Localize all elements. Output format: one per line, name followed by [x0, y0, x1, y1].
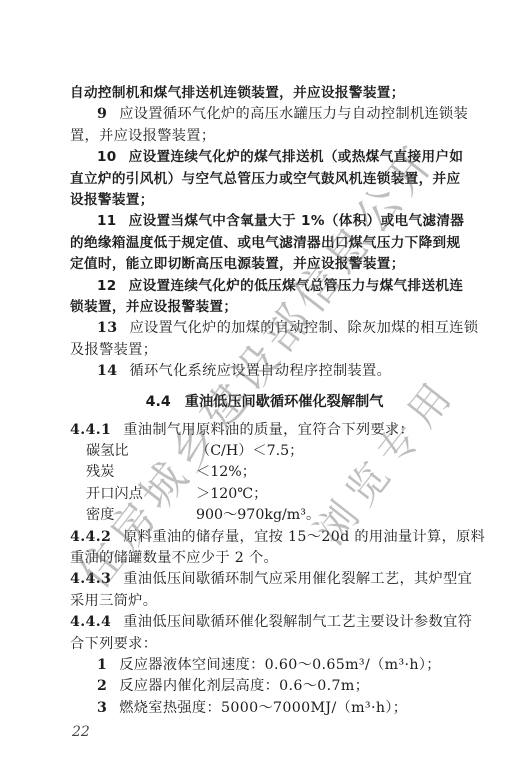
text-line: 设报警装置；	[70, 191, 470, 209]
item-text: 循环气化系统应设置自动程序控制装置。	[129, 363, 391, 379]
param-row: 残炭 ＜12%；	[86, 463, 114, 481]
clause-text: 重油低压间歇循环制气应采用催化裂解工艺，其炉型宜	[123, 571, 472, 587]
list-item-14: 14循环气化系统应设置自动程序控制装置。	[97, 362, 497, 380]
text-line: 直立炉的引风机）与空气总管压力或空气鼓风机连锁装置，并应	[70, 170, 470, 188]
list-item-2: 2反应器内催化剂层高度：0.6～0.7m；	[97, 677, 497, 695]
clause-4-4-1: 4.4.1重油制气用原料油的质量，宜符合下列要求：	[70, 421, 470, 439]
text-line: 的绝缘箱温度低于规定值、或电气滤清器出口煤气压力下降到规	[70, 234, 470, 252]
list-item-10: 10应设置连续气化炉的煤气排送机（或热煤气直接用户如	[97, 148, 497, 166]
page-number: 22	[72, 724, 90, 740]
item-text: 应设置气化炉的加煤的自动控制、除灰加煤的相互连锁	[129, 320, 478, 336]
list-item-3: 3燃烧室热强度：5000～7000MJ/（m³·h）；	[97, 699, 497, 717]
section-heading: 4.4重油低压间歇循环催化裂解制气	[0, 391, 529, 411]
param-value: 900～970kg/m³。	[196, 506, 320, 524]
param-label: 残炭	[86, 464, 114, 480]
clause-4-4-3: 4.4.3重油低压间歇循环制气应采用催化裂解工艺，其炉型宜	[70, 570, 470, 588]
clause-number: 4.4.4	[70, 614, 111, 630]
list-item-12: 12应设置连续气化炉的低压煤气总管压力与煤气排送机连	[97, 277, 497, 295]
item-number: 14	[97, 363, 117, 379]
text-line: 及报警装置；	[70, 341, 470, 359]
list-item-11: 11应设置当煤气中含氧量大于 1%（体积）或电气滤清器	[97, 212, 497, 230]
text-line: 重油的储罐数量不应少于 2 个。	[70, 549, 470, 567]
param-label: 密度	[86, 507, 114, 523]
clause-text: 原料重油的储存量，宜按 15～20d 的用油量计算，原料	[123, 529, 485, 545]
text-line: 自动控制机和煤气排送机连锁装置，并应设报警装置；	[70, 84, 470, 102]
param-value: （C/H）＜7.5；	[196, 442, 303, 460]
item-number: 2	[97, 678, 107, 694]
clause-4-4-4: 4.4.4重油低压间歇循环催化裂解制气工艺主要设计参数宜符	[70, 613, 470, 631]
param-label: 碳氢比	[86, 443, 129, 459]
clause-text: 重油制气用原料油的质量，宜符合下列要求：	[123, 422, 414, 438]
param-row: 开口闪点 ＞120℃；	[86, 485, 143, 503]
clause-text: 重油低压间歇循环催化裂解制气工艺主要设计参数宜符	[123, 614, 472, 630]
clause-number: 4.4.1	[70, 422, 111, 438]
list-item-1: 1反应器液体空间速度：0.60～0.65m³/（m³·h）；	[97, 656, 497, 674]
item-number: 11	[97, 213, 117, 229]
section-title: 重油低压间歇循环催化裂解制气	[185, 394, 384, 410]
item-number: 13	[97, 320, 117, 336]
param-value: ＜12%；	[196, 463, 256, 481]
item-text: 反应器内催化剂层高度：0.6～0.7m；	[119, 678, 369, 694]
text-line: 置，并应设报警装置；	[70, 127, 470, 145]
item-text: 燃烧室热强度：5000～7000MJ/（m³·h）；	[119, 700, 407, 716]
document-page: 自动控制机和煤气排送机连锁装置，并应设报警装置； 9应设置循环气化炉的高压水罐压…	[0, 0, 529, 766]
item-number: 10	[97, 149, 117, 165]
item-number: 12	[97, 278, 117, 294]
item-text: 应设置循环气化炉的高压水罐压力与自动控制机连锁装	[119, 106, 468, 122]
item-text: 反应器液体空间速度：0.60～0.65m³/（m³·h）；	[119, 657, 441, 673]
text-line: 定值时，能立即切断高压电源装置，并应设报警装置；	[70, 255, 470, 273]
clause-4-4-2: 4.4.2原料重油的储存量，宜按 15～20d 的用油量计算，原料	[70, 528, 470, 546]
section-number: 4.4	[146, 394, 171, 410]
param-label: 开口闪点	[86, 486, 143, 502]
text-line: 锁装置，并应设报警装置；	[70, 298, 470, 316]
clause-number: 4.4.2	[70, 529, 111, 545]
list-item-13: 13应设置气化炉的加煤的自动控制、除灰加煤的相互连锁	[97, 319, 497, 337]
item-text: 应设置连续气化炉的低压煤气总管压力与煤气排送机连	[129, 278, 464, 294]
item-number: 3	[97, 700, 107, 716]
clause-number: 4.4.3	[70, 571, 111, 587]
item-text: 应设置当煤气中含氧量大于 1%（体积）或电气滤清器	[129, 213, 465, 229]
text-line: 采用三筒炉。	[70, 592, 470, 610]
item-text: 应设置连续气化炉的煤气排送机（或热煤气直接用户如	[129, 149, 464, 165]
list-item-9: 9应设置循环气化炉的高压水罐压力与自动控制机连锁装	[97, 105, 497, 123]
param-row: 碳氢比 （C/H）＜7.5；	[86, 442, 129, 460]
param-row: 密度 900～970kg/m³。	[86, 506, 114, 524]
text-line: 合下列要求：	[70, 635, 470, 653]
item-number: 1	[97, 657, 107, 673]
item-number: 9	[97, 106, 107, 122]
param-value: ＞120℃；	[196, 485, 267, 503]
